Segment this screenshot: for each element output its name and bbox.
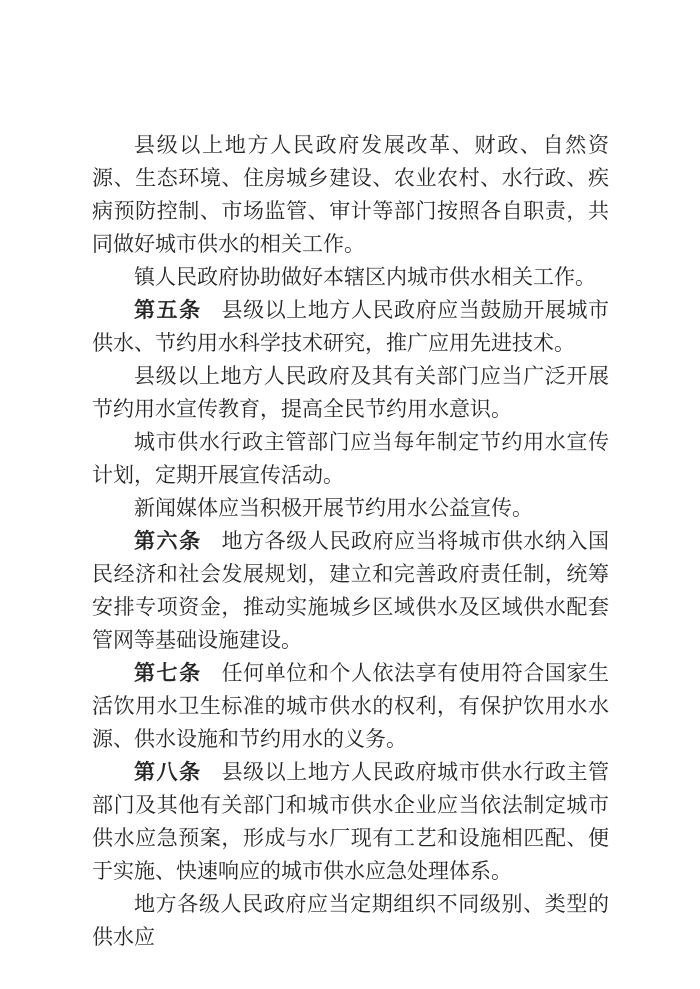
paragraph-text: 新闻媒体应当积极开展节约用水公益宣传。 (134, 496, 533, 520)
paragraph-text: 县级以上地方人民政府发展改革、财政、自然资源、生态环境、住房城乡建设、农业农村、… (92, 133, 609, 256)
paragraph: 第五条县级以上地方人民政府应当鼓励开展城市供水、节约用水科学技术研究，推广应用先… (92, 294, 609, 360)
paragraph: 新闻媒体应当积极开展节约用水公益宣传。 (92, 492, 609, 525)
paragraph: 第八条县级以上地方人民政府城市供水行政主管部门及其他有关部门和城市供水企业应当依… (92, 756, 609, 888)
article-number: 第六条 (134, 530, 202, 553)
document-page: 县级以上地方人民政府发展改革、财政、自然资源、生态环境、住房城乡建设、农业农村、… (0, 0, 700, 989)
document-text-block: 县级以上地方人民政府发展改革、财政、自然资源、生态环境、住房城乡建设、农业农村、… (92, 129, 609, 954)
article-number: 第七条 (134, 662, 202, 685)
paragraph: 第六条地方各级人民政府应当将城市供水纳入国民经济和社会发展规划，建立和完善政府责… (92, 525, 609, 657)
paragraph-text: 县级以上地方人民政府及其有关部门应当广泛开展节约用水宣传教育，提高全民节约用水意… (92, 364, 609, 421)
paragraph-text: 城市供水行政主管部门应当每年制定节约用水宣传计划，定期开展宣传活动。 (92, 430, 609, 487)
paragraph: 县级以上地方人民政府发展改革、财政、自然资源、生态环境、住房城乡建设、农业农村、… (92, 129, 609, 261)
paragraph: 第七条任何单位和个人依法享有使用符合国家生活饮用水卫生标准的城市供水的权利，有保… (92, 657, 609, 756)
paragraph-text: 地方各级人民政府应当定期组织不同级别、类型的供水应 (92, 892, 609, 949)
paragraph: 镇人民政府协助做好本辖区内城市供水相关工作。 (92, 261, 609, 294)
article-number: 第五条 (134, 299, 202, 322)
paragraph: 县级以上地方人民政府及其有关部门应当广泛开展节约用水宣传教育，提高全民节约用水意… (92, 360, 609, 426)
paragraph-text: 镇人民政府协助做好本辖区内城市供水相关工作。 (134, 265, 596, 289)
paragraph: 地方各级人民政府应当定期组织不同级别、类型的供水应 (92, 888, 609, 954)
paragraph: 城市供水行政主管部门应当每年制定节约用水宣传计划，定期开展宣传活动。 (92, 426, 609, 492)
article-number: 第八条 (134, 761, 202, 784)
